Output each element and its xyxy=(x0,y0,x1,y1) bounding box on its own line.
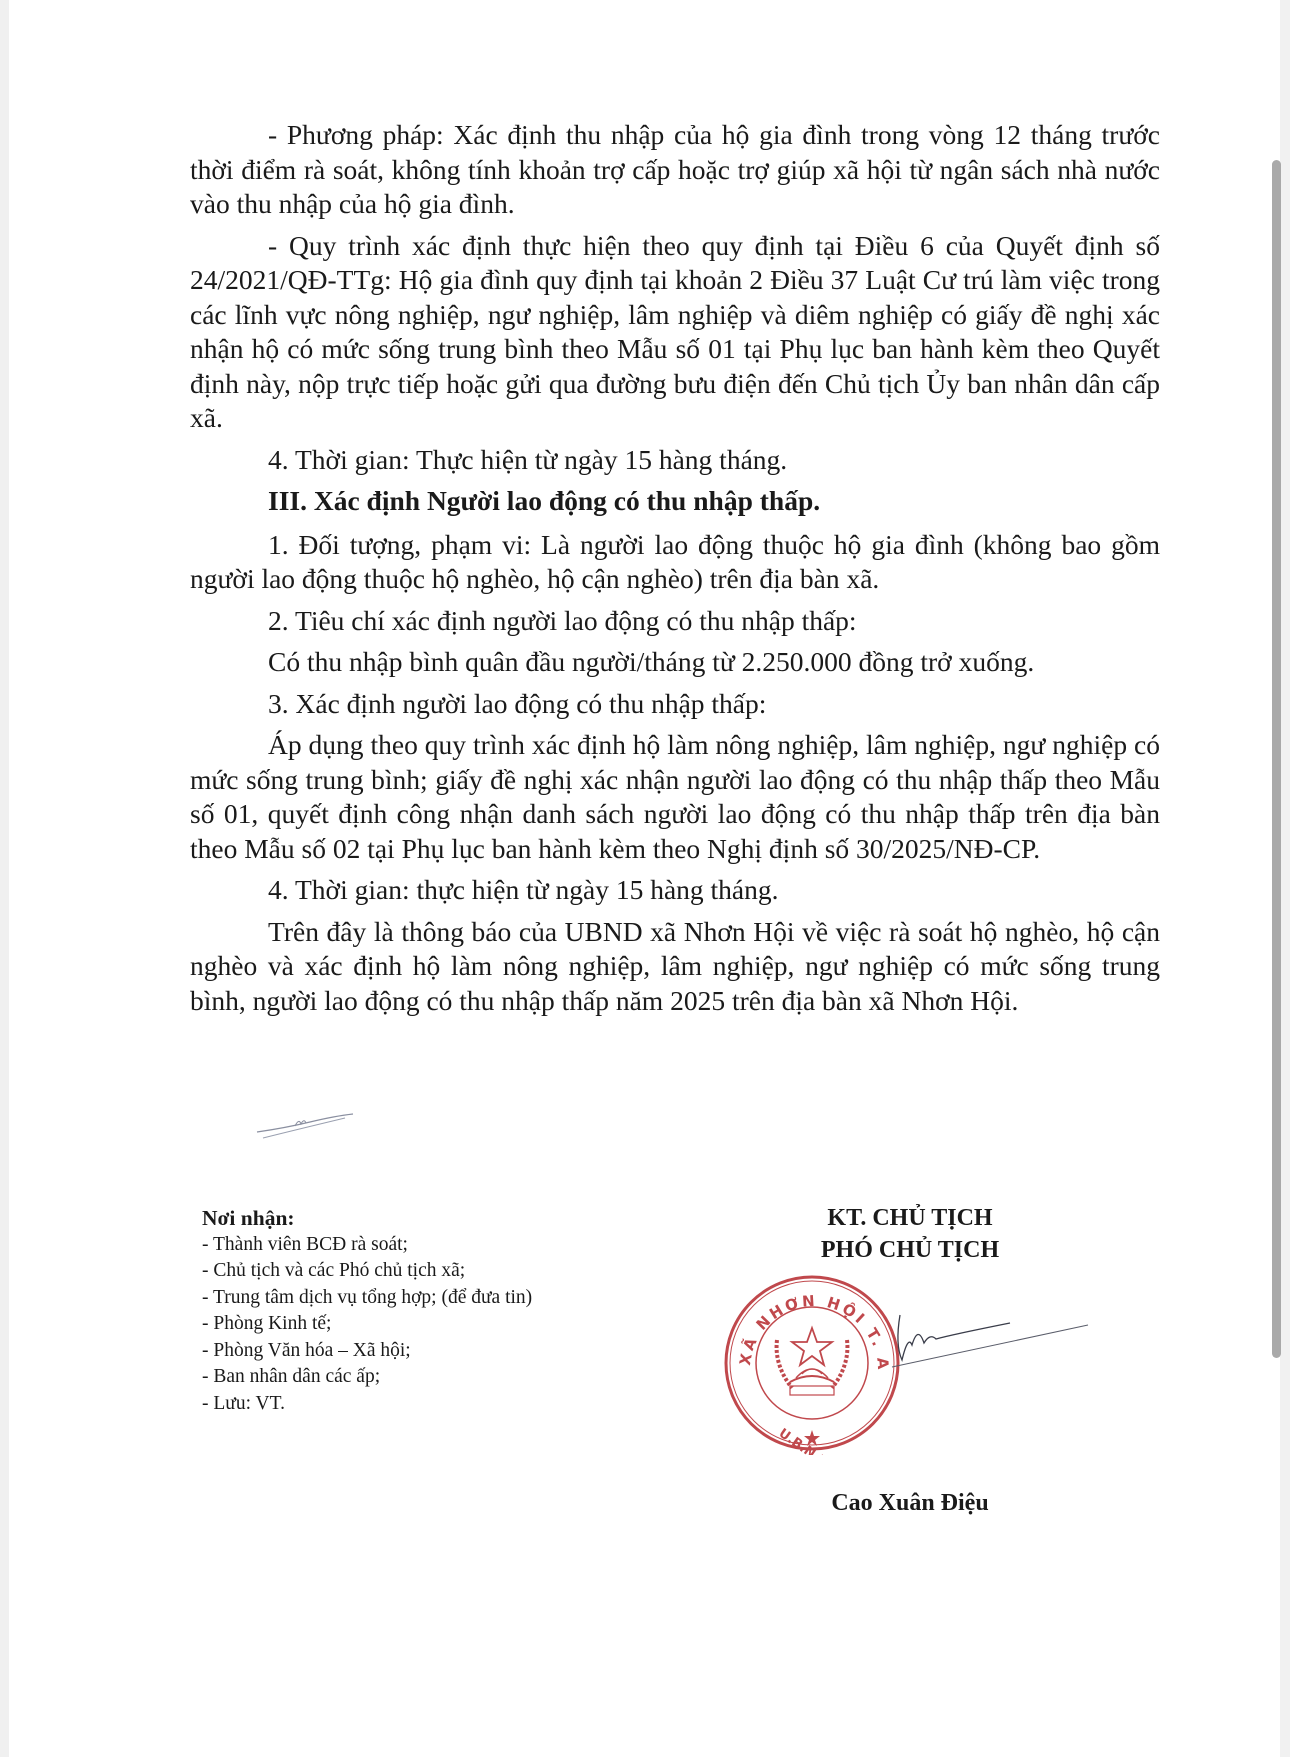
section-heading-3: III. Xác định Người lao động có thu nhập… xyxy=(190,484,1160,519)
paragraph-criteria: 2. Tiêu chí xác định người lao động có t… xyxy=(190,604,1160,639)
signer-title-line1: KT. CHỦ TỊCH xyxy=(760,1202,1060,1234)
receiver-item: - Phòng Văn hóa – Xã hội; xyxy=(202,1338,642,1365)
receiver-item: - Phòng Kinh tế; xyxy=(202,1311,642,1338)
initial-mark-icon xyxy=(255,1110,355,1140)
receivers-title: Nơi nhận: xyxy=(202,1205,642,1232)
paragraph-determination: 3. Xác định người lao động có thu nhập t… xyxy=(190,687,1160,722)
receiver-item: - Lưu: VT. xyxy=(202,1391,642,1418)
paragraph-conclusion: Trên đây là thông báo của UBND xã Nhơn H… xyxy=(190,915,1160,1019)
receiver-item: - Thành viên BCĐ rà soát; xyxy=(202,1232,642,1259)
paragraph-time-2: 4. Thời gian: thực hiện từ ngày 15 hàng … xyxy=(190,873,1160,908)
signer-name: Cao Xuân Điệu xyxy=(760,1490,1060,1517)
receiver-item: - Ban nhân dân các ấp; xyxy=(202,1364,642,1391)
receivers-block: Nơi nhận: - Thành viên BCĐ rà soát; - Ch… xyxy=(202,1205,642,1417)
official-stamp-icon: XÃ NHƠN HỘI T. AN GIANG U.B.N.D xyxy=(722,1270,902,1455)
paragraph-income-threshold: Có thu nhập bình quân đầu người/tháng từ… xyxy=(190,645,1160,680)
paragraph-procedure: - Quy trình xác định thực hiện theo quy … xyxy=(190,229,1160,436)
receivers-list: - Thành viên BCĐ rà soát; - Chủ tịch và … xyxy=(202,1232,642,1418)
receiver-item: - Trung tâm dịch vụ tổng hợp; (để đưa ti… xyxy=(202,1285,642,1312)
receiver-item: - Chủ tịch và các Phó chủ tịch xã; xyxy=(202,1258,642,1285)
scrollbar-track[interactable] xyxy=(1280,0,1290,1757)
document-page: - Phương pháp: Xác định thu nhập của hộ … xyxy=(190,118,1160,1025)
signer-title-line2: PHÓ CHỦ TỊCH xyxy=(760,1234,1060,1266)
signature-icon xyxy=(890,1305,1090,1385)
paragraph-scope: 1. Đối tượng, phạm vi: Là người lao động… xyxy=(190,528,1160,597)
left-edge xyxy=(0,0,9,1757)
svg-text:U.B.N.D: U.B.N.D xyxy=(776,1426,831,1455)
signer-title-block: KT. CHỦ TỊCH PHÓ CHỦ TỊCH xyxy=(760,1202,1060,1266)
paragraph-apply-procedure: Áp dụng theo quy trình xác định hộ làm n… xyxy=(190,728,1160,866)
svg-text:XÃ NHƠN HỘI T. AN GIANG: XÃ NHƠN HỘI T. AN GIANG xyxy=(722,1270,892,1373)
paragraph-time: 4. Thời gian: Thực hiện từ ngày 15 hàng … xyxy=(190,443,1160,478)
paragraph-method: - Phương pháp: Xác định thu nhập của hộ … xyxy=(190,118,1160,222)
scrollbar-thumb[interactable] xyxy=(1272,160,1281,1358)
